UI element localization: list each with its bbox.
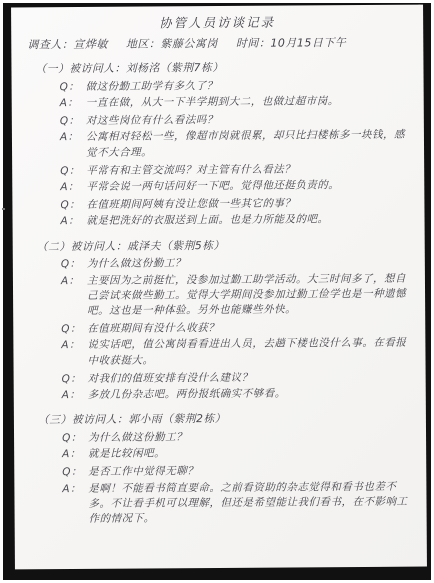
answer-row: A： 平常会说一两句话问好一下吧。觉得他还挺负责的。 — [60, 178, 414, 196]
a-prefix: A： — [62, 447, 88, 462]
interviewee-label: 被访问人： — [69, 62, 126, 75]
interview-section-2: （二）被访问人：戚泽夫（紫荆5栋） Q： 为什么做这份勤工？ A： 主要因为之前… — [23, 236, 416, 403]
q-prefix: Q： — [61, 322, 87, 337]
answer-text: 说实话吧，值公寓岗看看进出人员，去趟下楼也没什么事。在看报中收获挺大。 — [87, 336, 415, 369]
section-index: （一） — [35, 62, 69, 75]
question-row: Q： 对我们的值班安排有没什么建议？ — [62, 369, 416, 387]
a-prefix: A： — [62, 481, 88, 527]
page-title: 协管人员访谈记录 — [21, 13, 413, 34]
q-prefix: Q： — [60, 164, 86, 179]
answer-text: 就是比较闲吧。 — [88, 445, 416, 463]
time-field: 时间：10月15日下午 — [236, 35, 347, 52]
question-row: Q： 为什么做这份勤工？ — [62, 429, 416, 447]
q-prefix: Q： — [62, 431, 88, 446]
question-text: 为什么做这份勤工？ — [88, 429, 416, 447]
question-row: Q： 在值班期间有没什么收获？ — [61, 320, 415, 338]
answer-text: 公寓相对轻松一些，像超市岗就很累，却只比扫楼栋多一块钱，感觉不大合理。 — [86, 128, 414, 161]
a-prefix: A： — [60, 214, 86, 229]
answer-row: A： 就是把洗好的衣服送到上面。也是力所能及的吧。 — [60, 212, 414, 230]
area-label: 地区： — [126, 38, 161, 51]
time-value: 10月15日下午 — [270, 36, 346, 50]
question-text: 是否工作中觉得无聊？ — [88, 463, 416, 481]
q-prefix: Q： — [62, 465, 88, 480]
section-index: （二） — [37, 240, 71, 253]
question-row: Q： 对这些岗位有什么看法吗？ — [60, 112, 414, 130]
question-text: 为什么做这份勤工？ — [87, 255, 415, 273]
area-value: 紫藤公寓岗 — [160, 37, 218, 50]
question-row: Q： 做这份勤工助学有多久了？ — [60, 77, 414, 95]
question-text: 平常有和主管交流吗？对主管有什么看法？ — [86, 161, 414, 179]
q-prefix: Q： — [60, 114, 86, 129]
question-row: Q： 平常有和主管交流吗？对主管有什么看法？ — [60, 161, 414, 179]
q-prefix: Q： — [60, 80, 86, 95]
meta-line: 调查人：宣烨敏 地区：紫藤公寓岗 时间：10月15日下午 — [27, 35, 413, 54]
investigator-label: 调查人： — [27, 38, 73, 51]
question-row: Q： 是否工作中觉得无聊？ — [62, 463, 416, 481]
a-prefix: A： — [60, 96, 86, 111]
answer-text: 平常会说一两句话问好一下吧。觉得他还挺负责的。 — [86, 178, 414, 196]
question-row: Q： 为什么做这份勤工？ — [61, 255, 415, 273]
document-page: 协管人员访谈记录 调查人：宣烨敏 地区：紫藤公寓岗 时间：10月15日下午 （一… — [11, 5, 427, 570]
question-text: 在值班期间有没什么收获？ — [87, 320, 415, 338]
interviewee-label: 被访问人： — [72, 413, 129, 426]
answer-row: A： 公寓相对轻松一些，像超市岗就很累，却只比扫楼栋多一块钱，感觉不大合理。 — [60, 128, 414, 161]
answer-row: A： 是啊！不能看书简直要命。之前看资助的杂志觉得和看书也差不多。不让看手机可以… — [62, 479, 416, 527]
q-prefix: Q： — [60, 198, 86, 213]
interviewee-label: 被访问人： — [71, 239, 128, 252]
section-heading: （三）被访问人：郭小雨（紫荆2栋） — [38, 410, 416, 428]
a-prefix: A： — [61, 338, 87, 369]
answer-row: A： 就是比较闲吧。 — [62, 445, 416, 463]
answer-row: A： 说实话吧，值公寓岗看看进出人员，去趟下楼也没什么事。在看报中收获挺大。 — [61, 336, 415, 369]
interview-section-1: （一）被访问人：刘杨洺（紫荆7栋） Q： 做这份勤工助学有多久了？ A： 一直在… — [21, 59, 414, 230]
question-row: Q： 在值班期间阿姨有没让您做一些其它的事？ — [60, 196, 414, 214]
answer-text: 一直在做，从大一下半学期到大二，也做过超市岗。 — [86, 94, 414, 112]
a-prefix: A： — [62, 388, 88, 403]
interviewee-name: 刘杨洺（紫荆7栋） — [126, 61, 224, 75]
q-prefix: Q： — [62, 372, 88, 387]
answer-row: A： 多放几份杂志吧。两份报纸确实不够看。 — [62, 386, 416, 404]
question-text: 对这些岗位有什么看法吗？ — [86, 112, 414, 130]
scan-artifact — [2, 208, 5, 210]
question-text: 对我们的值班安排有没什么建议？ — [88, 369, 416, 387]
a-prefix: A： — [60, 180, 86, 195]
area-field: 地区：紫藤公寓岗 — [126, 36, 218, 53]
interview-section-3: （三）被访问人：郭小雨（紫荆2栋） Q： 为什么做这份勤工？ A： 就是比较闲吧… — [24, 410, 417, 528]
interviewee-name: 郭小雨（紫荆2栋） — [128, 412, 226, 426]
a-prefix: A： — [61, 273, 87, 319]
q-prefix: Q： — [61, 257, 87, 272]
answer-row: A： 主要因为之前挺忙，没参加过勤工助学活动。大三时间多了，想自己尝试来做些勤工… — [61, 271, 415, 319]
time-label: 时间： — [236, 37, 271, 50]
section-heading: （一）被访问人：刘杨洺（紫荆7栋） — [35, 59, 413, 77]
question-text: 在值班期间阿姨有没让您做一些其它的事？ — [86, 196, 414, 214]
investigator-field: 调查人：宣烨敏 — [27, 37, 108, 53]
section-heading: （二）被访问人：戚泽夫（紫荆5栋） — [37, 236, 415, 254]
question-text: 做这份勤工助学有多久了？ — [86, 77, 414, 95]
answer-text: 是啊！不能看书简直要命。之前看资助的杂志觉得和看书也差不多。不让看手机可以理解，… — [88, 479, 416, 527]
section-index: （三） — [38, 413, 72, 426]
answer-text: 就是把洗好的衣服送到上面。也是力所能及的吧。 — [86, 212, 414, 230]
a-prefix: A： — [60, 130, 86, 161]
answer-text: 主要因为之前挺忙，没参加过勤工助学活动。大三时间多了，想自己尝试来做些勤工。觉得… — [87, 271, 415, 319]
scanned-document: 协管人员访谈记录 调查人：宣烨敏 地区：紫藤公寓岗 时间：10月15日下午 （一… — [0, 0, 434, 583]
investigator-value: 宣烨敏 — [73, 38, 108, 51]
answer-text: 多放几份杂志吧。两份报纸确实不够看。 — [88, 386, 416, 404]
answer-row: A： 一直在做，从大一下半学期到大二，也做过超市岗。 — [60, 94, 414, 112]
interviewee-name: 戚泽夫（紫荆5栋） — [127, 239, 225, 253]
